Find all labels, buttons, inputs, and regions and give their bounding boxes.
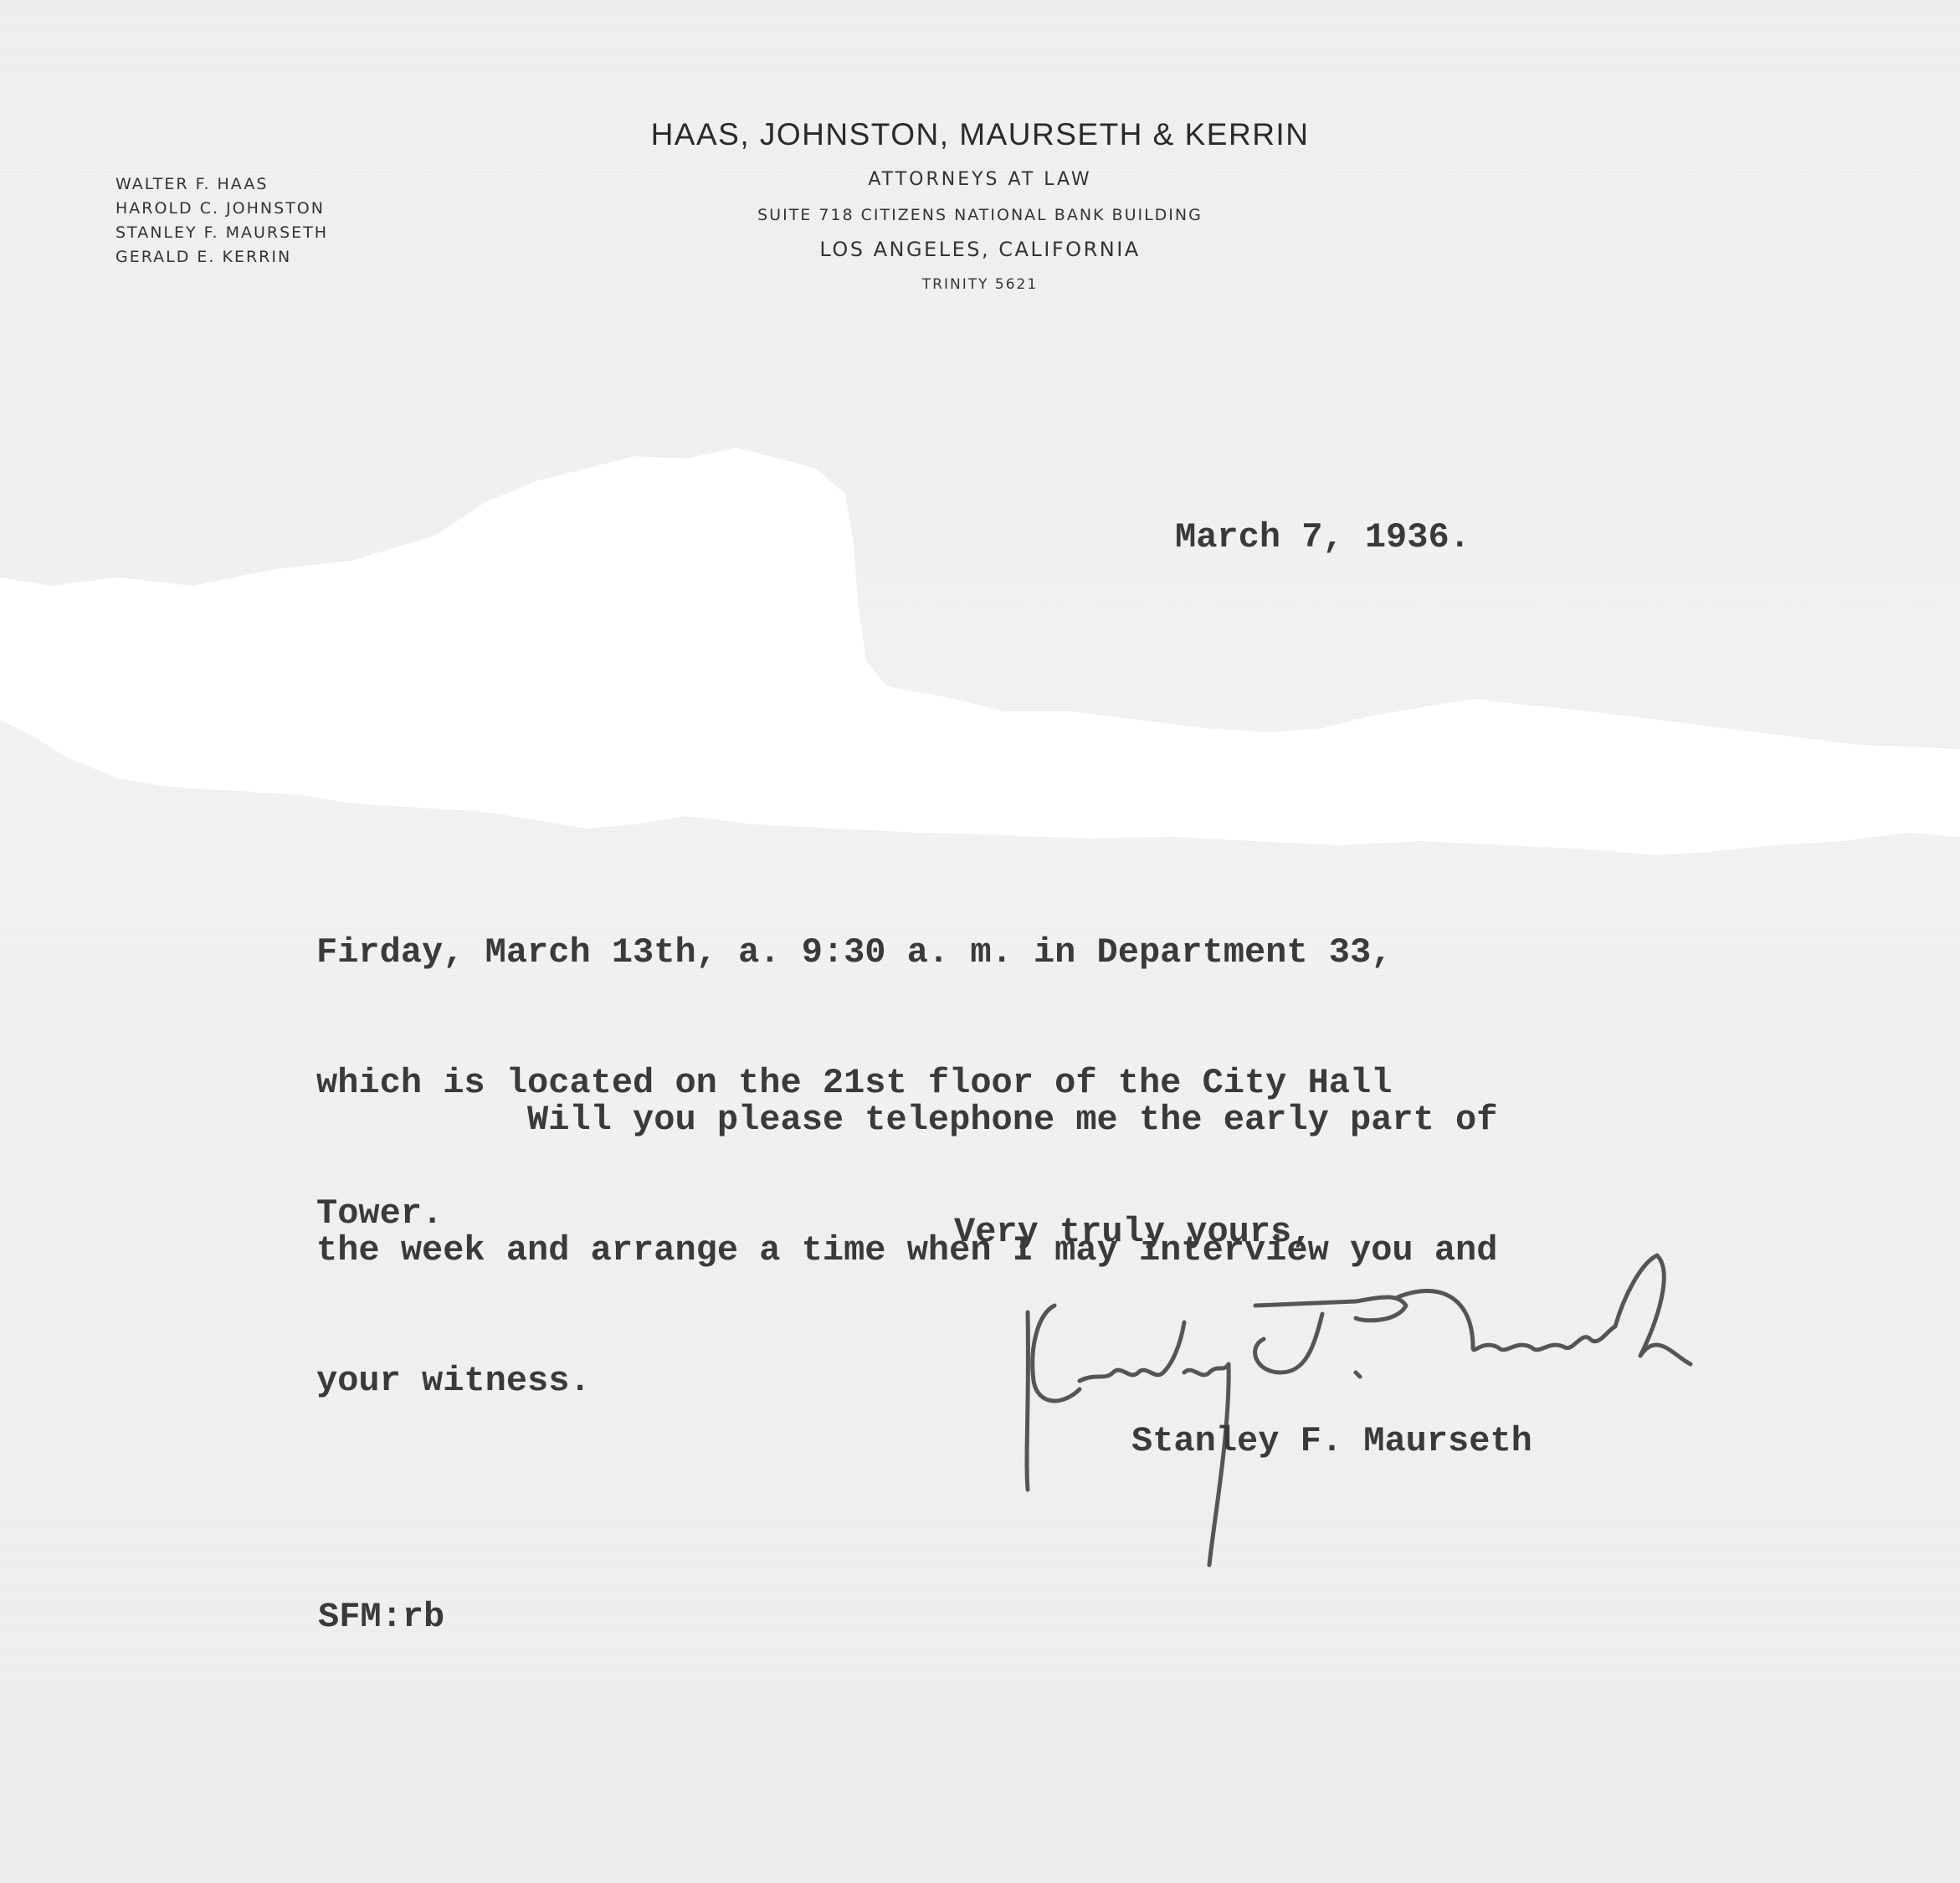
firm-phone: TRINITY 5621 — [0, 276, 1960, 293]
text-line: Will you please telephone me the early p… — [316, 1098, 1497, 1142]
firm-name: HAAS, JOHNSTON, MAURSETH & KERRIN — [0, 117, 1960, 152]
closing: Very truly yours, — [954, 1212, 1312, 1252]
letter-date: March 7, 1936. — [1175, 517, 1470, 557]
firm-subtitle: ATTORNEYS AT LAW — [0, 169, 1960, 190]
signatory-name: Stanley F. Maurseth — [1131, 1421, 1532, 1461]
firm-city: LOS ANGELES, CALIFORNIA — [0, 238, 1960, 261]
firm-address: SUITE 718 CITIZENS NATIONAL BANK BUILDIN… — [0, 206, 1960, 224]
reference-initials: SFM:rb — [318, 1597, 444, 1637]
handwritten-signature — [1004, 1247, 1858, 1582]
text-line: Firday, March 13th, a. 9:30 a. m. in Dep… — [316, 931, 1392, 974]
